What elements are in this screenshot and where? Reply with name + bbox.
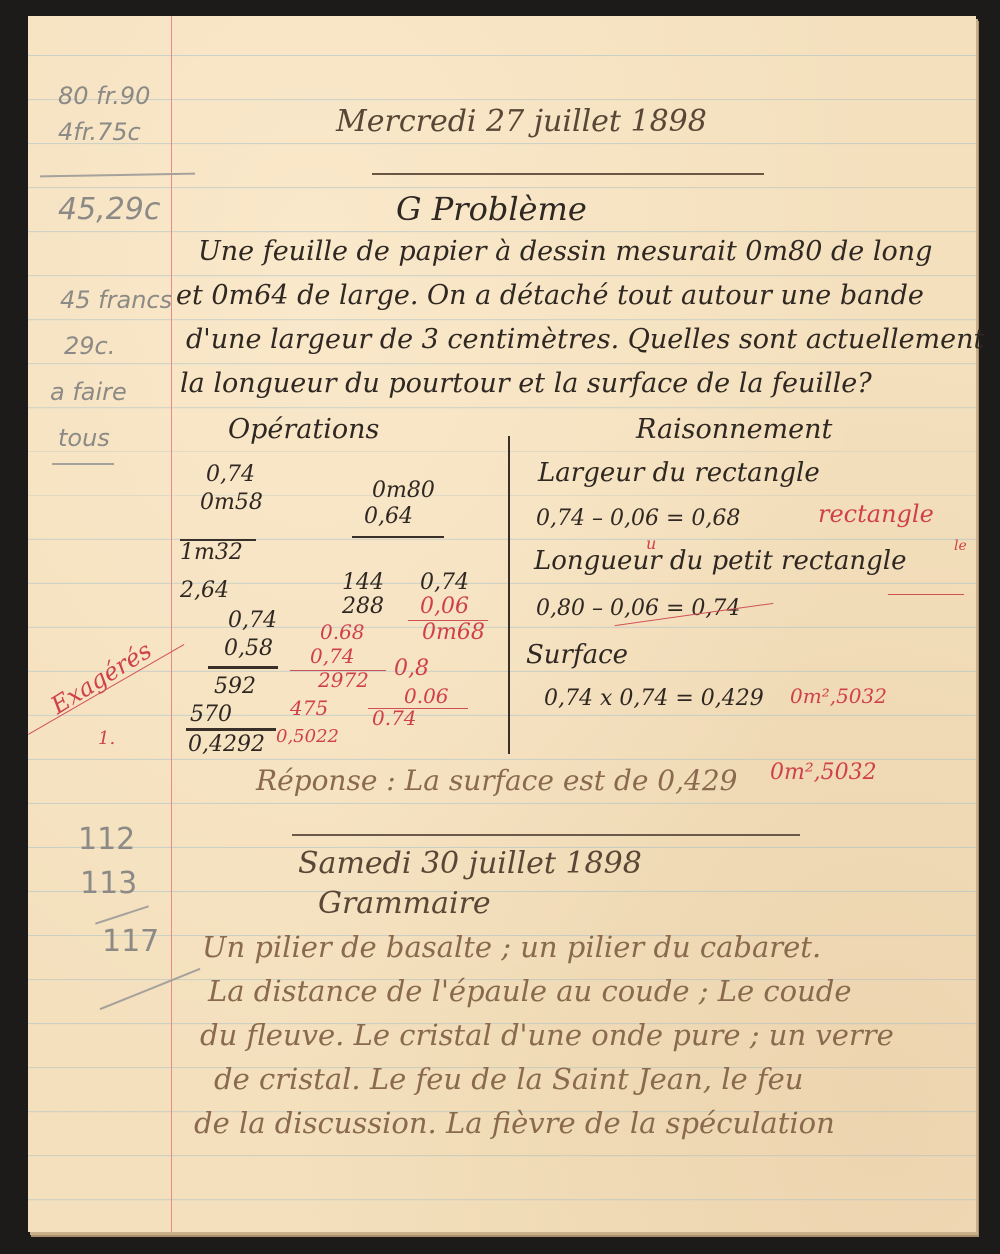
reasoning-line-1: Largeur du rectangle: [538, 458, 820, 488]
margin-note-side-4: tous: [58, 424, 110, 452]
op-col2-2: 144: [342, 570, 384, 595]
op-col1-7: 570: [190, 702, 232, 727]
op-red-7: 0.74: [372, 706, 417, 730]
entry2-section-title: Grammaire: [318, 886, 491, 921]
op-col1-8: 0,4292: [188, 732, 265, 757]
grammar-line-2: La distance de l'épaule au coude ; Le co…: [208, 974, 852, 1008]
entry1-date: Mercredi 27 juillet 1898: [336, 104, 707, 139]
entry1-section-title: G Problème: [396, 190, 587, 228]
op-col1-1: 0m58: [200, 490, 263, 515]
reasoning-line-2: 0,74 – 0,06 = 0,68: [536, 506, 740, 531]
op-col2-1: 0,64: [364, 504, 413, 529]
op-col2-rule: [352, 536, 444, 538]
margin-num-1: 112: [78, 822, 135, 857]
entry2-date: Samedi 30 juillet 1898: [298, 846, 642, 881]
margin-num-3: 117: [102, 924, 159, 959]
grammar-line-4: de cristal. Le feu de la Saint Jean, le …: [214, 1062, 803, 1096]
margin-note-side-2: 29c.: [64, 332, 115, 360]
op-red-5: 0,8: [394, 656, 429, 681]
margin-note-total: 45,29c: [58, 192, 160, 227]
op-col1-5: 0,58: [224, 636, 273, 661]
op-col2-3: 288: [342, 594, 384, 619]
entry-separator: [292, 834, 800, 836]
op-col2-4: 0,74: [420, 570, 469, 595]
op-col2-0: 0m80: [372, 478, 435, 503]
op-red-3: 475: [290, 696, 328, 720]
reasoning-line-4: 0,80 – 0,06 = 0,74: [536, 596, 740, 621]
margin-note-top-2: 4fr.75c: [58, 118, 141, 146]
margin-note-side-1: 45 francs: [60, 286, 172, 314]
op-red-4: 0,5022: [276, 726, 339, 747]
margin-correction-note: Exagérés: [46, 636, 157, 720]
reasoning-red-le: le: [954, 538, 967, 554]
notebook-page: 80 fr.90 4fr.75c 45,29c 45 francs 29c. a…: [28, 16, 976, 1232]
op-red-1: 0,74: [310, 644, 355, 668]
problem-line-1: Une feuille de papier à dessin mesurait …: [198, 236, 932, 267]
op-col1-rule-2: [208, 666, 278, 669]
margin-line: [171, 16, 172, 1232]
reasoning-red-result: 0m²,5032: [790, 684, 887, 708]
problem-line-2: et 0m64 de large. On a détaché tout auto…: [176, 280, 924, 311]
answer-line: Réponse : La surface est de 0,429: [256, 764, 737, 797]
reasoning-red-underline-1: [888, 594, 964, 595]
grammar-line-3: du fleuve. Le cristal d'une onde pure ; …: [200, 1018, 894, 1052]
margin-note-side-3: a faire: [50, 378, 127, 406]
problem-line-4: la longueur du pourtour et la surface de…: [180, 368, 872, 399]
op-red-2: 2972: [318, 668, 369, 692]
reasoning-line-3: Longueur du petit rectangle: [534, 546, 906, 576]
margin-num-2: 113: [80, 866, 137, 901]
answer-red-correction: 0m²,5032: [770, 760, 877, 785]
margin-num-underline: [95, 905, 149, 924]
margin-divider-2: [52, 463, 114, 465]
margin-num-underline-2: [100, 968, 201, 1010]
reasoning-line-5: Surface: [526, 640, 628, 670]
operations-heading: Opérations: [228, 414, 379, 445]
margin-correction-num: 1.: [98, 728, 115, 749]
reasoning-heading: Raisonnement: [636, 414, 832, 445]
grammar-line-5: de la discussion. La fièvre de la spécul…: [194, 1106, 835, 1140]
op-red-6: 0.06: [404, 684, 449, 708]
problem-line-3: d'une largeur de 3 centimètres. Quelles …: [186, 324, 984, 355]
op-col1-rule-3: [186, 728, 276, 731]
op-red-0: 0.68: [320, 620, 365, 644]
margin-note-top-1: 80 fr.90: [58, 82, 150, 110]
op-col1-0: 0,74: [206, 462, 255, 487]
op-col1-3: 2,64: [180, 578, 229, 603]
op-col2-5: 0,06: [420, 594, 469, 619]
reasoning-line-6: 0,74 x 0,74 = 0,429: [544, 686, 764, 711]
op-col1-6: 592: [214, 674, 256, 699]
op-col1-2: 1m32: [180, 540, 243, 565]
entry1-title-rule: [372, 173, 764, 175]
column-divider: [508, 436, 510, 754]
op-col1-4: 0,74: [228, 608, 277, 633]
op-col2-6: 0m68: [422, 620, 485, 645]
grammar-line-1: Un pilier de basalte ; un pilier du caba…: [202, 930, 821, 964]
reasoning-red-rectangle: rectangle: [818, 500, 934, 528]
